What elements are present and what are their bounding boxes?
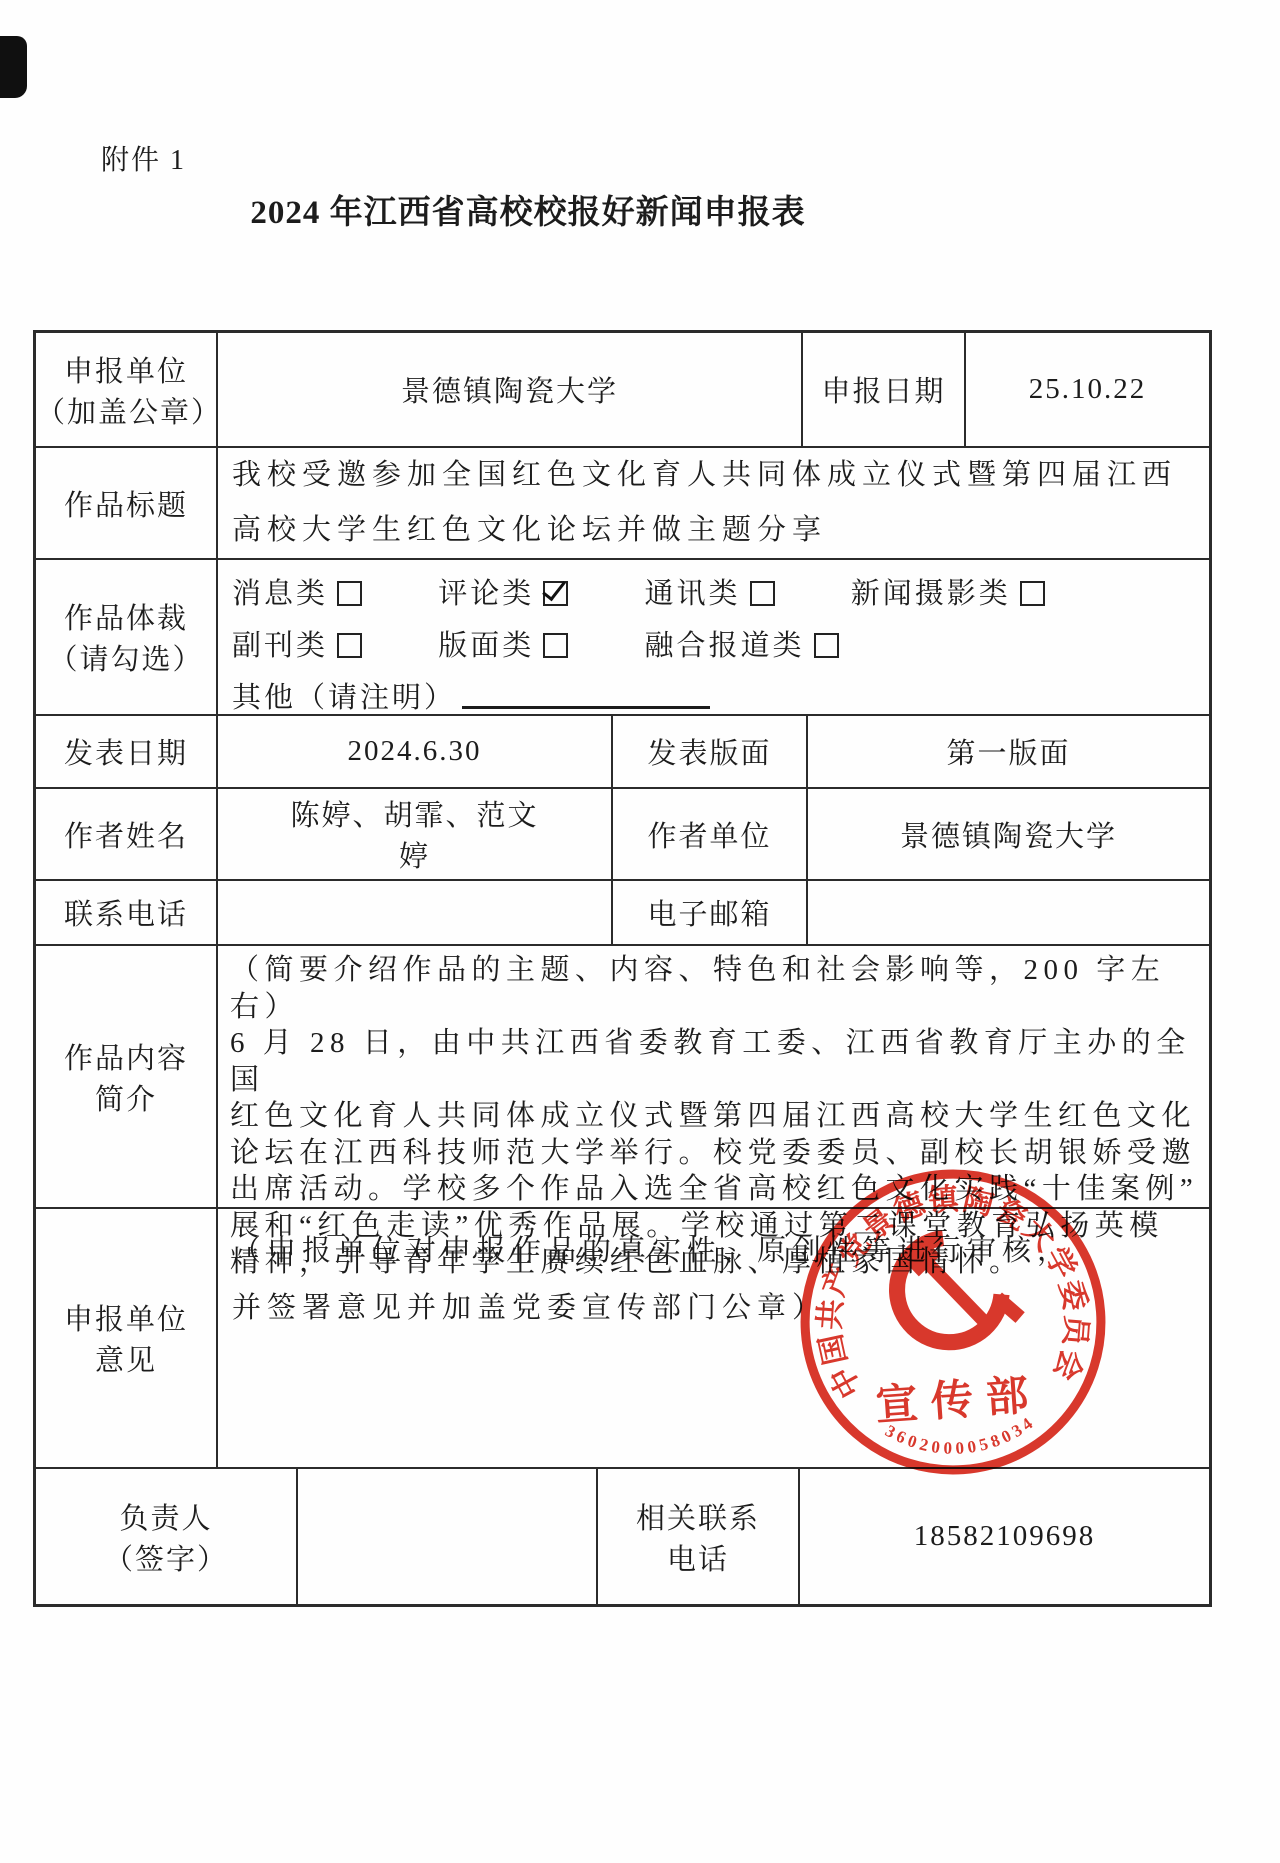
checkbox-commentary (543, 581, 568, 606)
contact-phone-label: 联系电话 (36, 881, 218, 944)
summary-label: 作品内容 简介 (36, 946, 218, 1207)
opinion-note: （申报单位对申报作品的真实性、原创性等进行审核， 并签署意见并加盖党委宣传部门公… (218, 1209, 1209, 1337)
row-opinion: 申报单位 意见 （申报单位对申报作品的真实性、原创性等进行审核， 并签署意见并加… (36, 1209, 1209, 1469)
row-work-title: 作品标题 我校受邀参加全国红色文化育人共同体成立仪式暨第四届江西 高校大学生红色… (36, 448, 1209, 560)
email-value (808, 881, 1209, 944)
scan-artifact (0, 36, 27, 98)
genre-option-layout-label: 版面类 (438, 630, 534, 662)
scanned-document-page: 附件 1 2024 年江西省高校校报好新闻申报表 申报单位 （加盖公章） 景德镇… (0, 0, 1280, 1863)
publish-page-label: 发表版面 (613, 716, 808, 787)
responsible-signature-value (298, 1469, 598, 1604)
related-phone-value: 18582109698 (800, 1469, 1209, 1604)
work-title-value: 我校受邀参加全国红色文化育人共同体成立仪式暨第四届江西 高校大学生红色文化论坛并… (218, 448, 1209, 558)
opinion-cell: （申报单位对申报作品的真实性、原创性等进行审核， 并签署意见并加盖党委宣传部门公… (218, 1209, 1209, 1467)
applicant-unit-value: 景德镇陶瓷大学 (218, 333, 803, 446)
publish-page-value: 第一版面 (808, 716, 1209, 787)
row-applicant-unit: 申报单位 （加盖公章） 景德镇陶瓷大学 申报日期 25.10.22 (36, 333, 1209, 448)
other-fill-in-line (462, 706, 710, 709)
author-unit-label: 作者单位 (613, 789, 808, 879)
genre-option-converged: 融合报道类 (645, 620, 839, 672)
checkbox-layout (543, 633, 568, 658)
genre-option-converged-label: 融合报道类 (645, 630, 805, 662)
attachment-label: 附件 1 (101, 138, 186, 178)
row-authors: 作者姓名 陈婷、胡霏、范文 婷 作者单位 景德镇陶瓷大学 (36, 789, 1209, 881)
genre-option-photography: 新闻摄影类 (851, 568, 1045, 620)
applicant-unit-label: 申报单位 （加盖公章） (36, 333, 218, 446)
check-mark-icon (542, 576, 566, 602)
checkbox-supplement (337, 633, 362, 658)
checkbox-communication (750, 581, 775, 606)
work-title-label: 作品标题 (36, 448, 218, 558)
genre-other-label: 其他（请注明） (232, 682, 456, 714)
genre-option-supplement-label: 副刊类 (232, 630, 328, 662)
checkbox-converged (814, 633, 839, 658)
author-unit-value: 景德镇陶瓷大学 (808, 789, 1209, 879)
publish-date-value: 2024.6.30 (218, 716, 613, 787)
application-date-label: 申报日期 (803, 333, 966, 446)
genre-option-photography-label: 新闻摄影类 (851, 578, 1011, 610)
opinion-label: 申报单位 意见 (36, 1209, 218, 1467)
genre-option-commentary-label: 评论类 (438, 578, 534, 610)
email-label: 电子邮箱 (613, 881, 808, 944)
genre-options-cell: 消息类 评论类 通讯类 新闻摄影类 副刊类 版面类 融合报道类 其他（请注明） (218, 560, 1209, 714)
row-summary: 作品内容 简介 （简要介绍作品的主题、内容、特色和社会影响等，200 字左右） … (36, 946, 1209, 1209)
summary-hint: （简要介绍作品的主题、内容、特色和社会影响等，200 字左右） (230, 954, 1165, 1023)
genre-option-news: 消息类 (232, 568, 362, 620)
responsible-label: 负责人 （签字） (36, 1469, 298, 1604)
checkbox-news (337, 581, 362, 606)
application-date-value: 25.10.22 (966, 333, 1209, 446)
genre-option-communication-label: 通讯类 (645, 578, 741, 610)
author-names-value: 陈婷、胡霏、范文 婷 (218, 789, 613, 879)
checkbox-photography (1020, 581, 1045, 606)
contact-phone-value (218, 881, 613, 944)
genre-option-news-label: 消息类 (232, 578, 328, 610)
summary-cell: （简要介绍作品的主题、内容、特色和社会影响等，200 字左右） 6 月 28 日… (218, 946, 1209, 1207)
genre-option-commentary: 评论类 (438, 568, 568, 620)
genre-line-2: 副刊类 版面类 融合报道类 (232, 620, 1209, 672)
genre-option-supplement: 副刊类 (232, 620, 362, 672)
publish-date-label: 发表日期 (36, 716, 218, 787)
genre-option-layout: 版面类 (438, 620, 568, 672)
page-title: 2024 年江西省高校校报好新闻申报表 (33, 186, 1023, 233)
row-contact: 联系电话 电子邮箱 (36, 881, 1209, 946)
genre-option-communication: 通讯类 (645, 568, 775, 620)
row-responsible: 负责人 （签字） 相关联系 电话 18582109698 (36, 1469, 1209, 1604)
genre-label: 作品体裁 （请勾选） (36, 560, 218, 714)
row-publish: 发表日期 2024.6.30 发表版面 第一版面 (36, 716, 1209, 789)
related-phone-label: 相关联系 电话 (598, 1469, 800, 1604)
genre-line-1: 消息类 评论类 通讯类 新闻摄影类 (232, 568, 1209, 620)
application-form-table: 申报单位 （加盖公章） 景德镇陶瓷大学 申报日期 25.10.22 作品标题 我… (33, 330, 1212, 1607)
author-names-label: 作者姓名 (36, 789, 218, 879)
row-genre: 作品体裁 （请勾选） 消息类 评论类 通讯类 新闻摄影类 副刊类 版面类 融合报… (36, 560, 1209, 716)
